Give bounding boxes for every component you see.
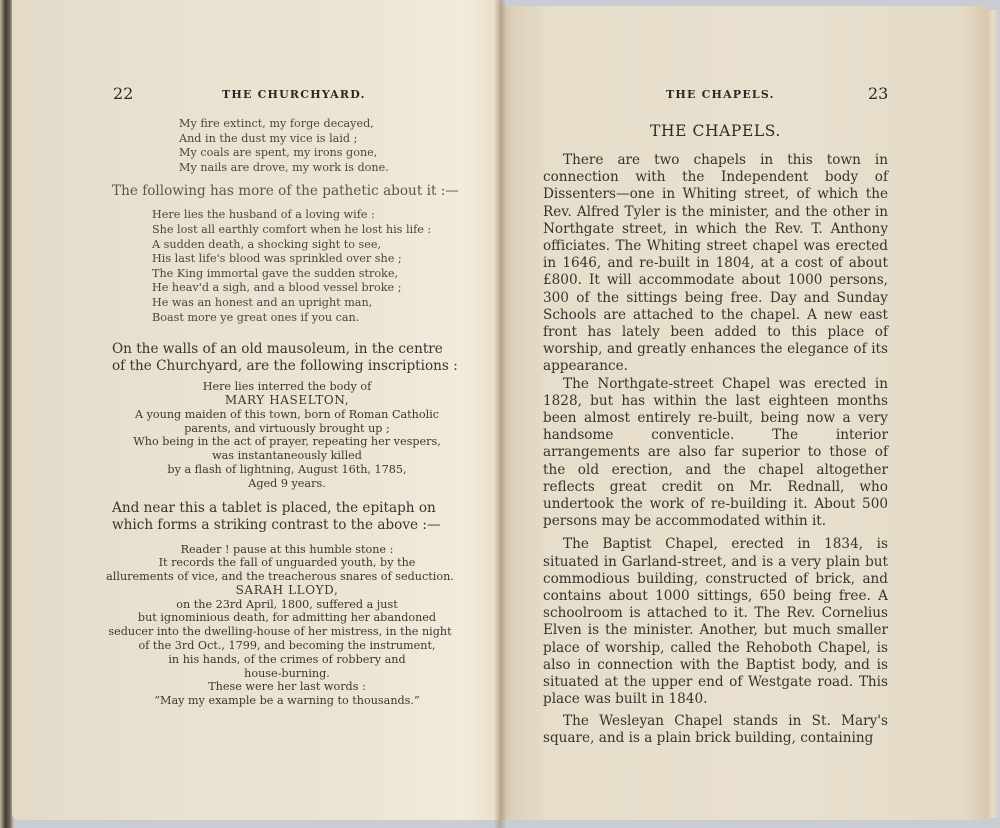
inscription-line: seducer into the dwelling-house of her m… <box>98 625 462 639</box>
blacksmith-epitaph-verse: My fire extinct, my forge decayed, And i… <box>179 117 462 175</box>
section-title: THE CHAPELS. <box>543 122 888 140</box>
inscription-line: These were her last words : <box>112 680 462 694</box>
right-page-body: THE CHAPELS. There are two chapels in th… <box>543 120 888 747</box>
verse-line: She lost all earthly comfort when he los… <box>152 223 462 238</box>
prose-line: which forms a striking contrast to the a… <box>112 517 462 534</box>
inscription-line: in his hands, of the crimes of robbery a… <box>112 653 462 667</box>
open-book: 22 THE CHURCHYARD. My fire extinct, my f… <box>0 0 1000 828</box>
inscription-line: Who being in the act of prayer, repeatin… <box>112 435 462 449</box>
tablet-intro: And near this a tablet is placed, the ep… <box>112 500 462 534</box>
prose-line: of the Churchyard, are the following ins… <box>112 358 462 375</box>
left-page-body: My fire extinct, my forge decayed, And i… <box>112 117 462 708</box>
mausoleum-intro: On the walls of an old mausoleum, in the… <box>112 341 462 375</box>
inscription-line: was instantaneously killed <box>112 449 462 463</box>
prose-line: On the walls of an old mausoleum, in the… <box>112 341 462 358</box>
inscription-line: of the 3rd Oct., 1799, and becoming the … <box>112 639 462 653</box>
inscription-line: on the 23rd April, 1800, suffered a just <box>112 598 462 612</box>
verse-line: He heav'd a sigh, and a blood vessel bro… <box>152 281 462 296</box>
inscription-line: parents, and virtuously brought up ; <box>112 422 462 436</box>
paragraph-independent-chapels: There are two chapels in this town in co… <box>543 152 888 376</box>
verse-line: A sudden death, a shocking sight to see, <box>152 238 462 253</box>
verse-line: Boast more ye great ones if you can. <box>152 311 462 326</box>
inscription-line: Reader ! pause at this humble stone : <box>112 543 462 557</box>
inscription-line: A young maiden of this town, born of Rom… <box>112 408 462 422</box>
inscription-line: by a flash of lightning, August 16th, 17… <box>112 463 462 477</box>
husband-epitaph-verse: Here lies the husband of a loving wife :… <box>152 208 462 325</box>
inscription-line: “May my example be a warning to thousand… <box>112 694 462 708</box>
verse-line: Here lies the husband of a loving wife : <box>152 208 462 223</box>
book-gutter <box>494 0 506 828</box>
intro-pathetic: The following has more of the pathetic a… <box>112 183 462 200</box>
inscription-line: but ignominious death, for admitting her… <box>112 611 462 625</box>
inscription-name: SARAH LLOYD, <box>112 584 462 598</box>
page-edge <box>986 10 1000 818</box>
verse-line: The King immortal gave the sudden stroke… <box>152 267 462 282</box>
verse-line: My fire extinct, my forge decayed, <box>179 117 462 132</box>
prose-line: And near this a tablet is placed, the ep… <box>112 500 462 517</box>
paragraph-northgate-chapel: The Northgate-street Chapel was erected … <box>543 376 888 531</box>
verse-line: He was an honest and an upright man, <box>152 296 462 311</box>
verse-line: His last life's blood was sprinkled over… <box>152 252 462 267</box>
inscription-name: MARY HASELTON, <box>112 394 462 408</box>
paragraph-baptist-chapel: The Baptist Chapel, erected in 1834, is … <box>543 536 888 708</box>
verse-line: My coals are spent, my irons gone, <box>179 146 462 161</box>
mary-haselton-inscription: Here lies interred the body of MARY HASE… <box>112 380 462 490</box>
paragraph-wesleyan-chapel: The Wesleyan Chapel stands in St. Mary's… <box>543 713 888 747</box>
verse-line: And in the dust my vice is laid ; <box>179 132 462 147</box>
inscription-line: Here lies interred the body of <box>112 380 462 394</box>
left-page-number: 22 <box>113 84 133 103</box>
inscription-line: It records the fall of unguarded youth, … <box>112 556 462 570</box>
sarah-lloyd-inscription: Reader ! pause at this humble stone : It… <box>112 543 462 709</box>
verse-line: My nails are drove, my work is done. <box>179 161 462 176</box>
left-running-head: THE CHURCHYARD. <box>222 88 366 101</box>
inscription-line: Aged 9 years. <box>112 477 462 491</box>
inscription-line: house-burning. <box>112 667 462 681</box>
inscription-line: allurements of vice, and the treacherous… <box>98 570 462 584</box>
right-page-number: 23 <box>868 84 888 103</box>
right-running-head: THE CHAPELS. <box>666 88 775 101</box>
